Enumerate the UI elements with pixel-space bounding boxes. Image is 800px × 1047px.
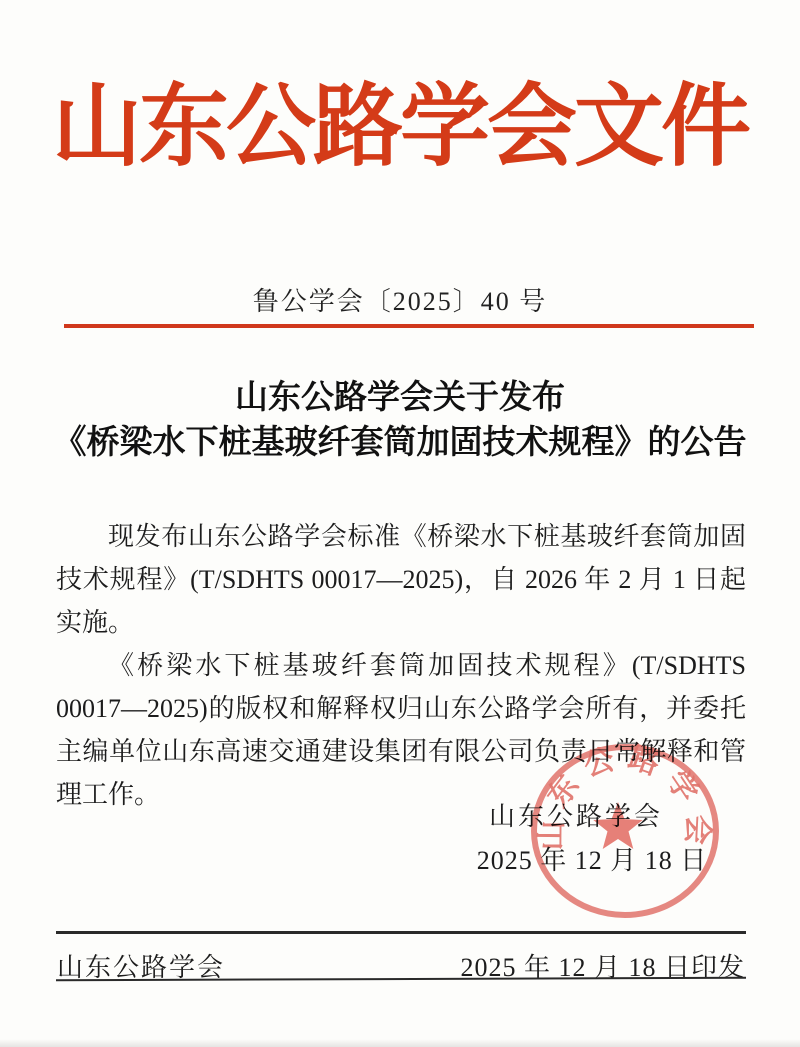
notice-title: 山东公路学会关于发布 《桥梁水下桩基玻纤套筒加固技术规程》的公告 [40, 376, 760, 466]
body-paragraph-1: 现发布山东公路学会标准《桥梁水下桩基玻纤套筒加固技术规程》(T/SDHTS 00… [56, 515, 746, 644]
red-divider-line [64, 324, 754, 328]
notice-title-line2: 《桥梁水下桩基玻纤套筒加固技术规程》的公告 [40, 421, 760, 466]
document-page: 山东公路学会文件 鲁公学会〔2025〕40 号 山东公路学会关于发布 《桥梁水下… [0, 0, 800, 1047]
seal-star-icon [593, 802, 642, 849]
document-number: 鲁公学会〔2025〕40 号 [0, 281, 800, 318]
official-seal-stamp: 山东公路学会 [530, 742, 722, 924]
notice-title-line1: 山东公路学会关于发布 [40, 376, 760, 421]
footer-top-rule [56, 931, 746, 934]
letterhead-title: 山东公路学会文件 [0, 74, 800, 182]
scan-edge-shadow [0, 1039, 800, 1047]
